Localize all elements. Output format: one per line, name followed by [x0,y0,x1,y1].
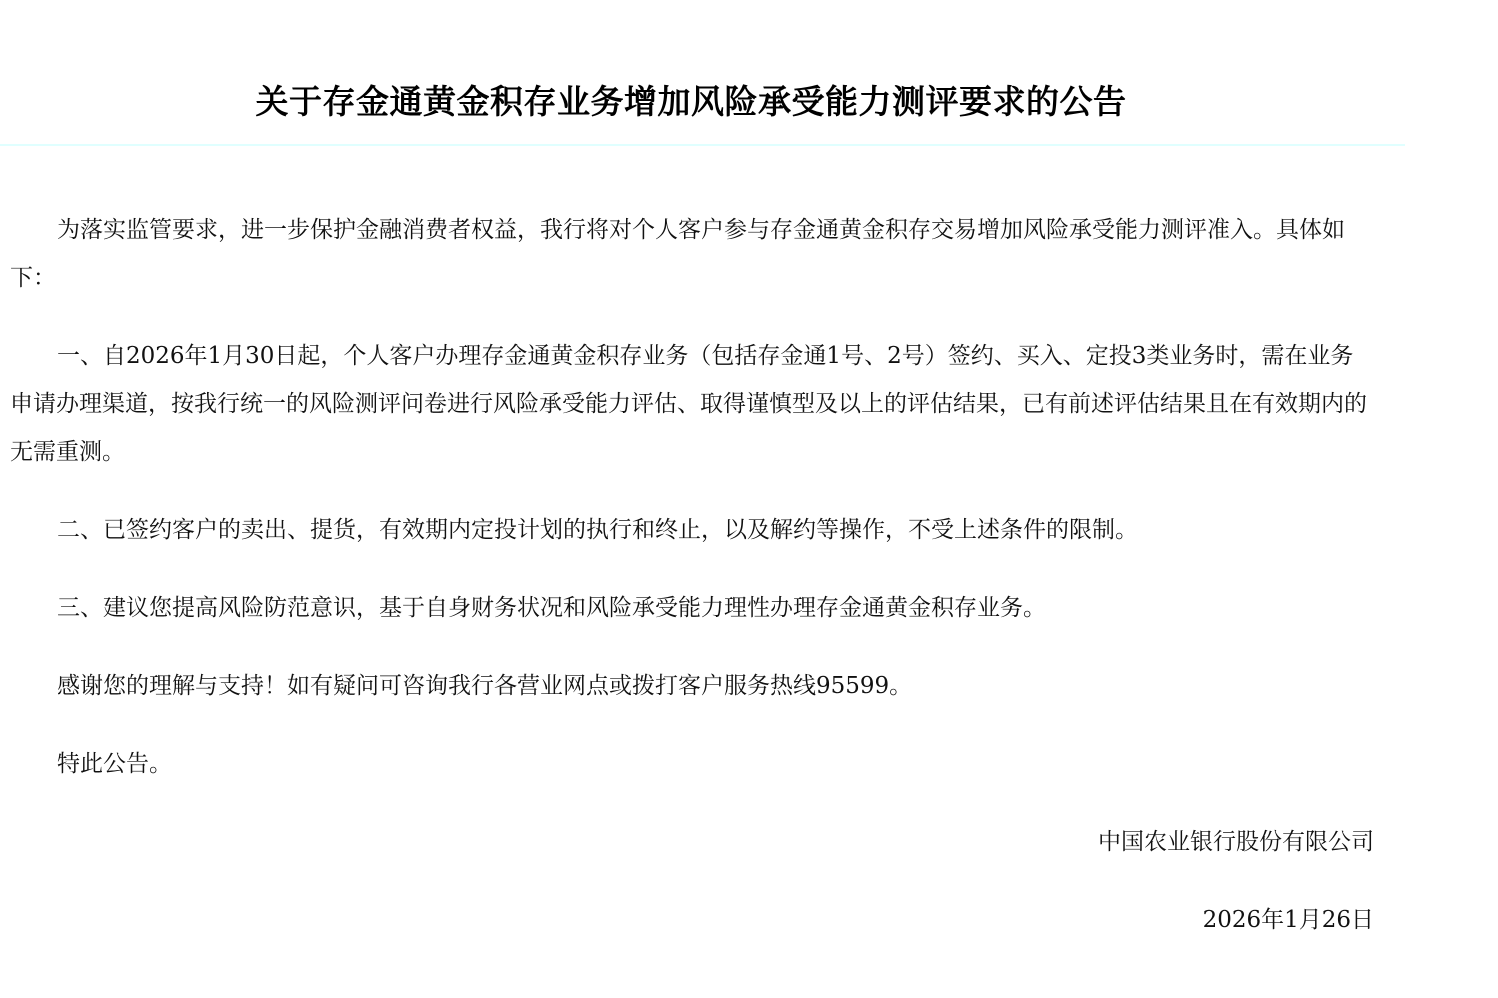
page-title: 关于存金通黄金积存业务增加风险承受能力测评要求的公告 [0,74,1382,130]
issuer-signature: 中国农业银行股份有限公司 [10,818,1374,866]
announcement-body: 为落实监管要求，进一步保护金融消费者权益，我行将对个人客户参与存金通黄金积存交易… [10,206,1374,974]
clause-one: 一、自2026年1月30日起，个人客户办理存金通黄金积存业务（包括存金通1号、2… [10,332,1374,476]
issue-date: 2026年1月26日 [10,896,1374,944]
clause-three: 三、建议您提高风险防范意识，基于自身财务状况和风险承受能力理性办理存金通黄金积存… [10,584,1374,632]
intro-paragraph: 为落实监管要求，进一步保护金融消费者权益，我行将对个人客户参与存金通黄金积存交易… [10,206,1374,302]
thanks-paragraph: 感谢您的理解与支持！如有疑问可咨询我行各营业网点或拨打客户服务热线95599。 [10,662,1374,710]
closing-paragraph: 特此公告。 [10,740,1374,788]
clause-two: 二、已签约客户的卖出、提货，有效期内定投计划的执行和终止，以及解约等操作，不受上… [10,506,1374,554]
title-divider [0,144,1405,146]
